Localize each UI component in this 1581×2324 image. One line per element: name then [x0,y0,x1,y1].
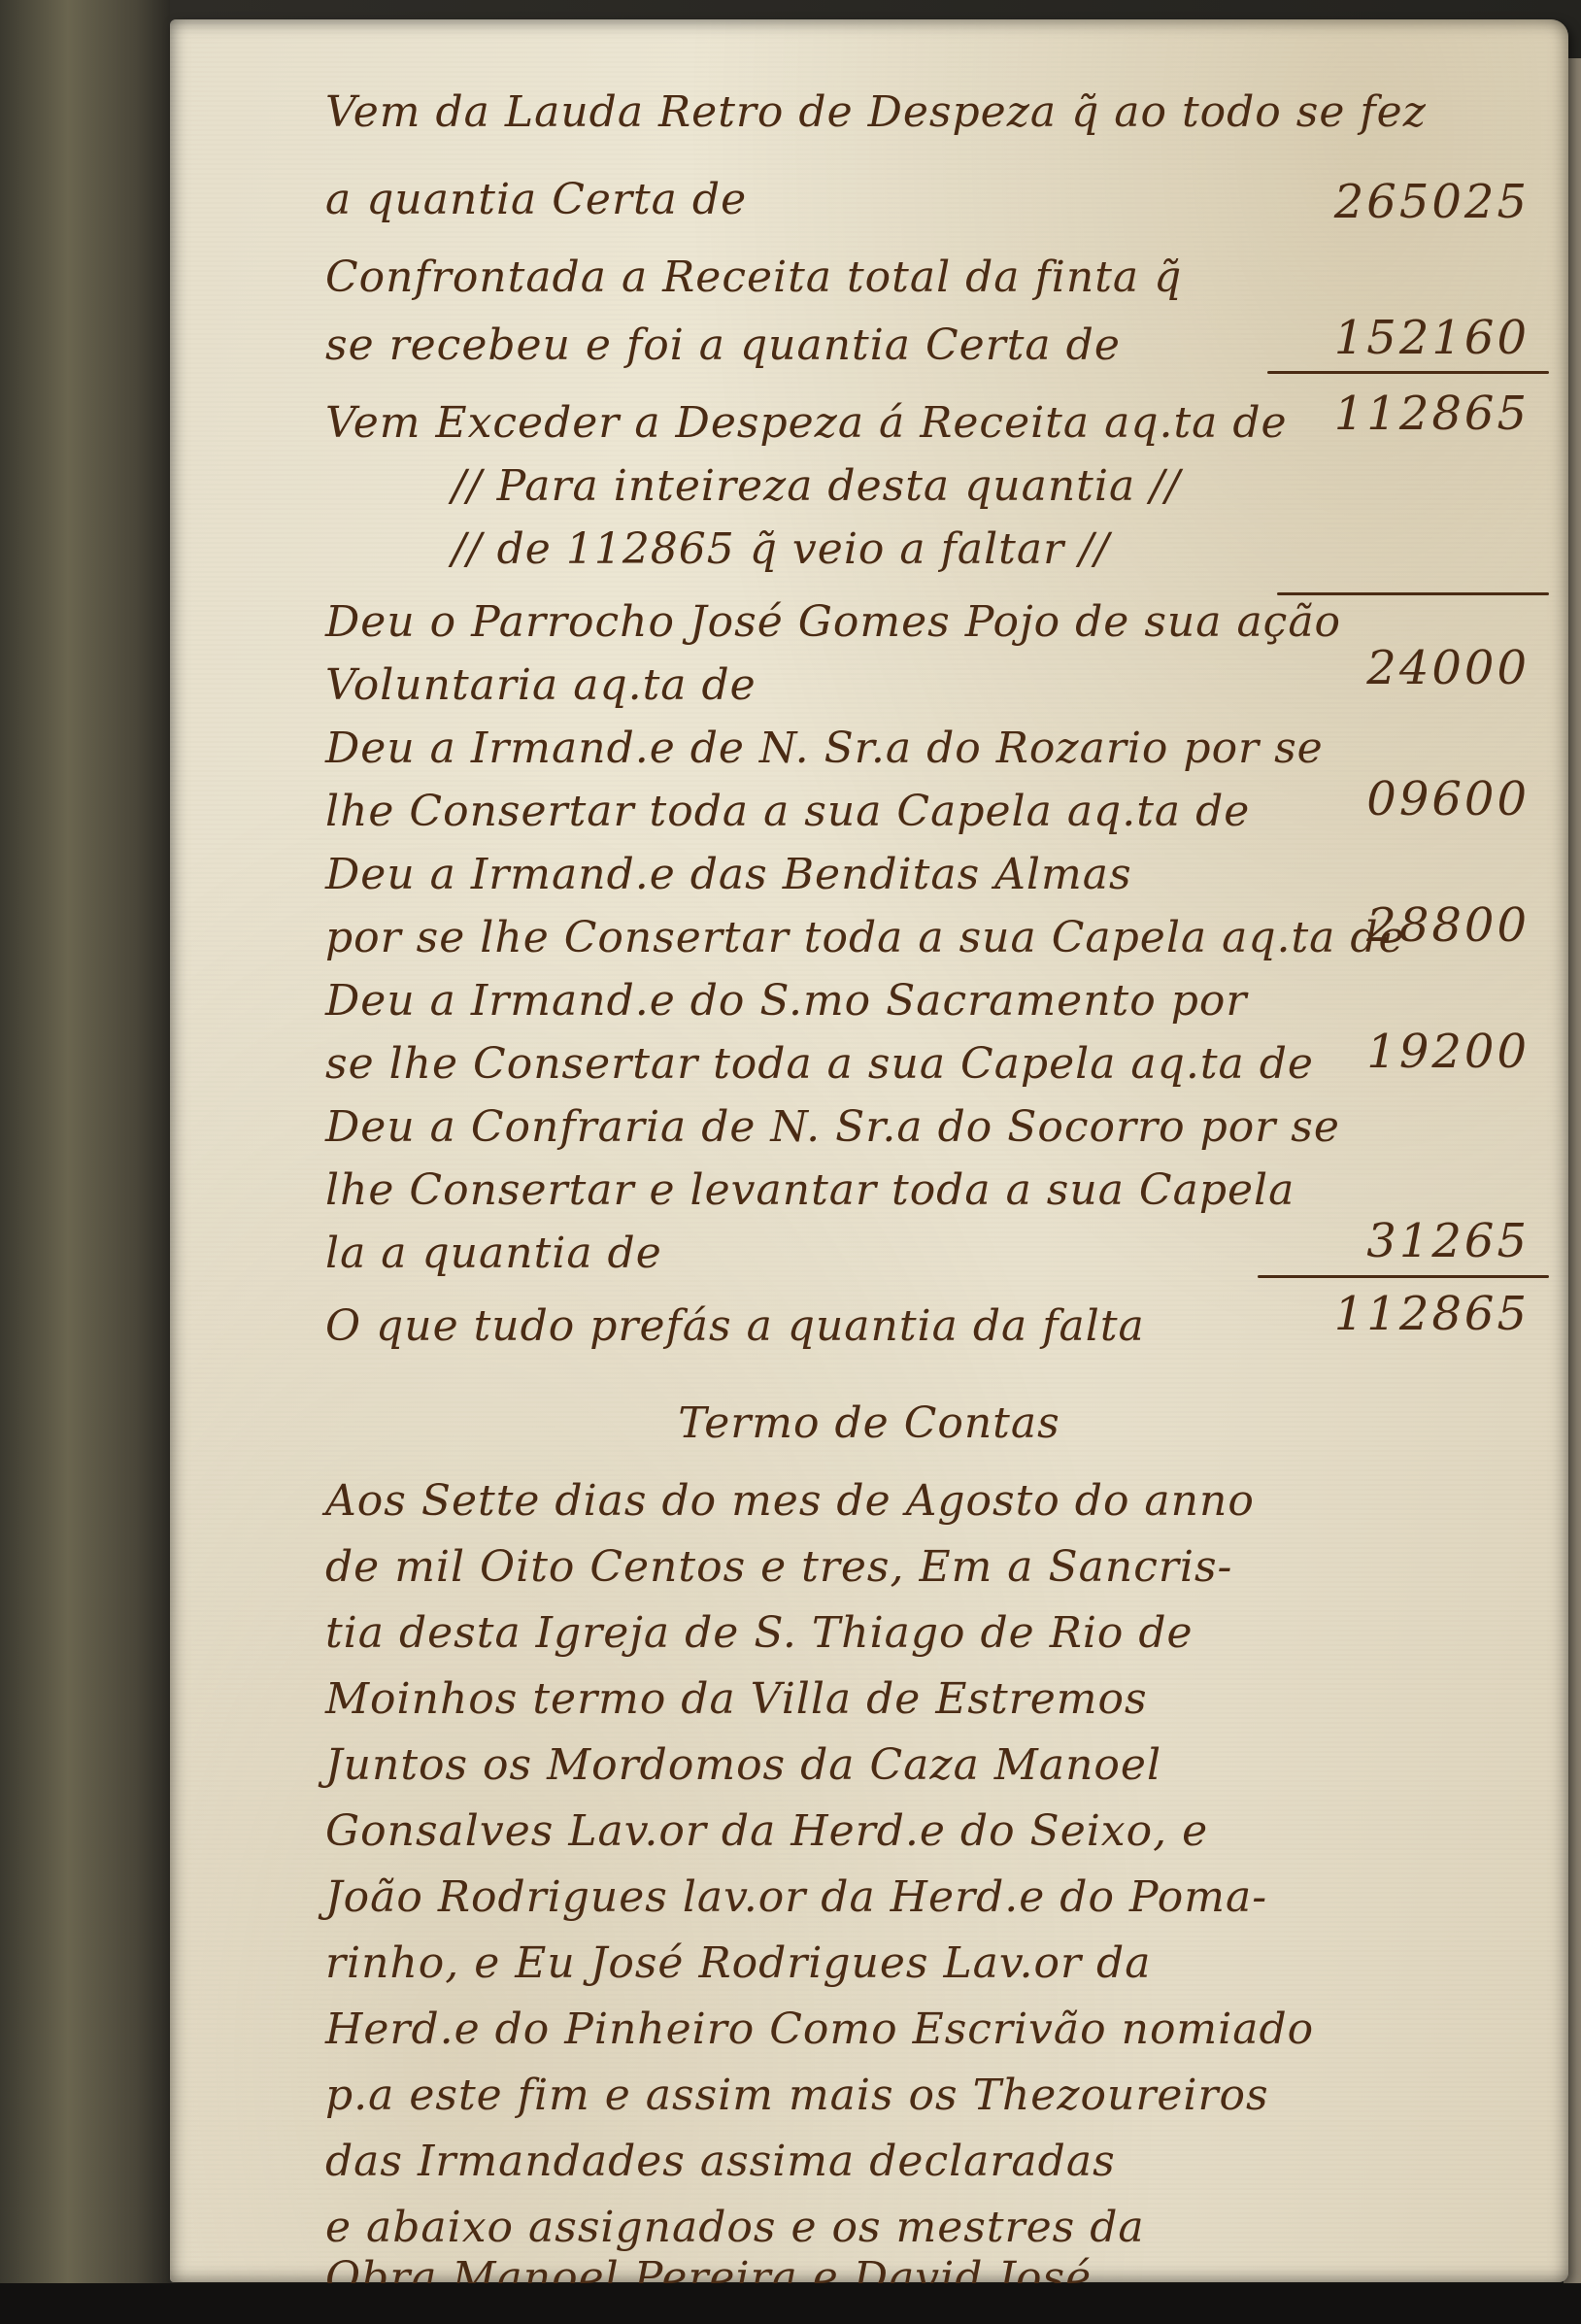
line-14: Deu a Irmand.e do S.mo Sacramento por [325,976,1247,1026]
amount-excesso: 112865 [1334,387,1530,441]
line-19: O que tudo prefás a quantia da falta [325,1301,1145,1351]
line-5: Vem Exceder a Despeza á Receita aq.ta de [325,398,1288,448]
line-13: por se lhe Consertar toda a sua Capela a… [325,913,1405,962]
amount-receita: 152160 [1334,311,1530,365]
line-16: Deu a Confraria de N. Sr.a do Socorro po… [325,1102,1340,1152]
line-29: Herd.e do Pinheiro Como Escrivão nomiado [325,2004,1314,2054]
line-31: das Irmandades assima declaradas [325,2137,1116,2186]
line-8: Deu o Parrocho José Gomes Pojo de sua aç… [325,597,1341,647]
line-1: Vem da Lauda Retro de Despeza q̃ ao todo… [325,87,1427,137]
line-6: // Para inteireza desta quantia // [452,461,1181,511]
line-2: a quantia Certa de [325,175,747,224]
line-30: p.a este fim e assim mais os Thezoureiro… [325,2071,1269,2120]
manuscript-page: Vem da Lauda Retro de Despeza q̃ ao todo… [170,19,1568,2282]
amount-despeza: 265025 [1334,175,1530,229]
line-24: Moinhos termo da Villa de Estremos [325,1674,1148,1724]
amount-rozario: 09600 [1366,772,1530,826]
line-32: e abaixo assignados e os mestres da [325,2203,1145,2252]
line-22: de mil Oito Centos e tres, Em a Sancris- [325,1542,1232,1592]
line-26: Gonsalves Lav.or da Herd.e do Seixo, e [325,1806,1208,1856]
line-17: lhe Consertar e levantar toda a sua Cape… [325,1165,1295,1215]
line-15: se lhe Consertar toda a sua Capela aq.ta… [325,1039,1314,1089]
amount-parrocho: 24000 [1366,641,1530,695]
line-28: rinho, e Eu José Rodrigues Lav.or da [325,1938,1151,1988]
line-11: lhe Consertar toda a sua Capela aq.ta de [325,787,1250,836]
adjacent-page-edge [0,0,170,2324]
amount-socorro: 31265 [1366,1214,1530,1268]
rule-2 [1277,592,1549,595]
line-18: la a quantia de [325,1229,662,1278]
line-10: Deu a Irmand.e de N. Sr.a do Rozario por… [325,724,1324,773]
line-27: João Rodrigues lav.or da Herd.e do Poma- [325,1872,1267,1922]
section-heading-termo: Termo de Contas [170,1398,1568,1448]
line-7: // de 112865 q̃ veio a faltar // [452,524,1110,574]
amount-almas: 28800 [1366,898,1530,953]
line-4: se recebeu e foi a quantia Certa de [325,320,1121,370]
amount-sacramento: 19200 [1366,1025,1530,1079]
line-23: tia desta Igreja de S. Thiago de Rio de [325,1608,1194,1658]
line-21: Aos Sette dias do mes de Agosto do anno [325,1476,1255,1526]
line-25: Juntos os Mordomos da Caza Manoel [325,1740,1161,1790]
line-3: Confrontada a Receita total da finta q̃ [325,253,1182,302]
line-9: Voluntaria aq.ta de [325,660,757,710]
line-12: Deu a Irmand.e das Benditas Almas [325,850,1132,899]
photo-bottom-edge [0,2283,1581,2324]
sum-rule-3 [1258,1275,1549,1278]
sum-rule-1 [1267,371,1549,374]
amount-total-falta: 112865 [1334,1287,1530,1341]
